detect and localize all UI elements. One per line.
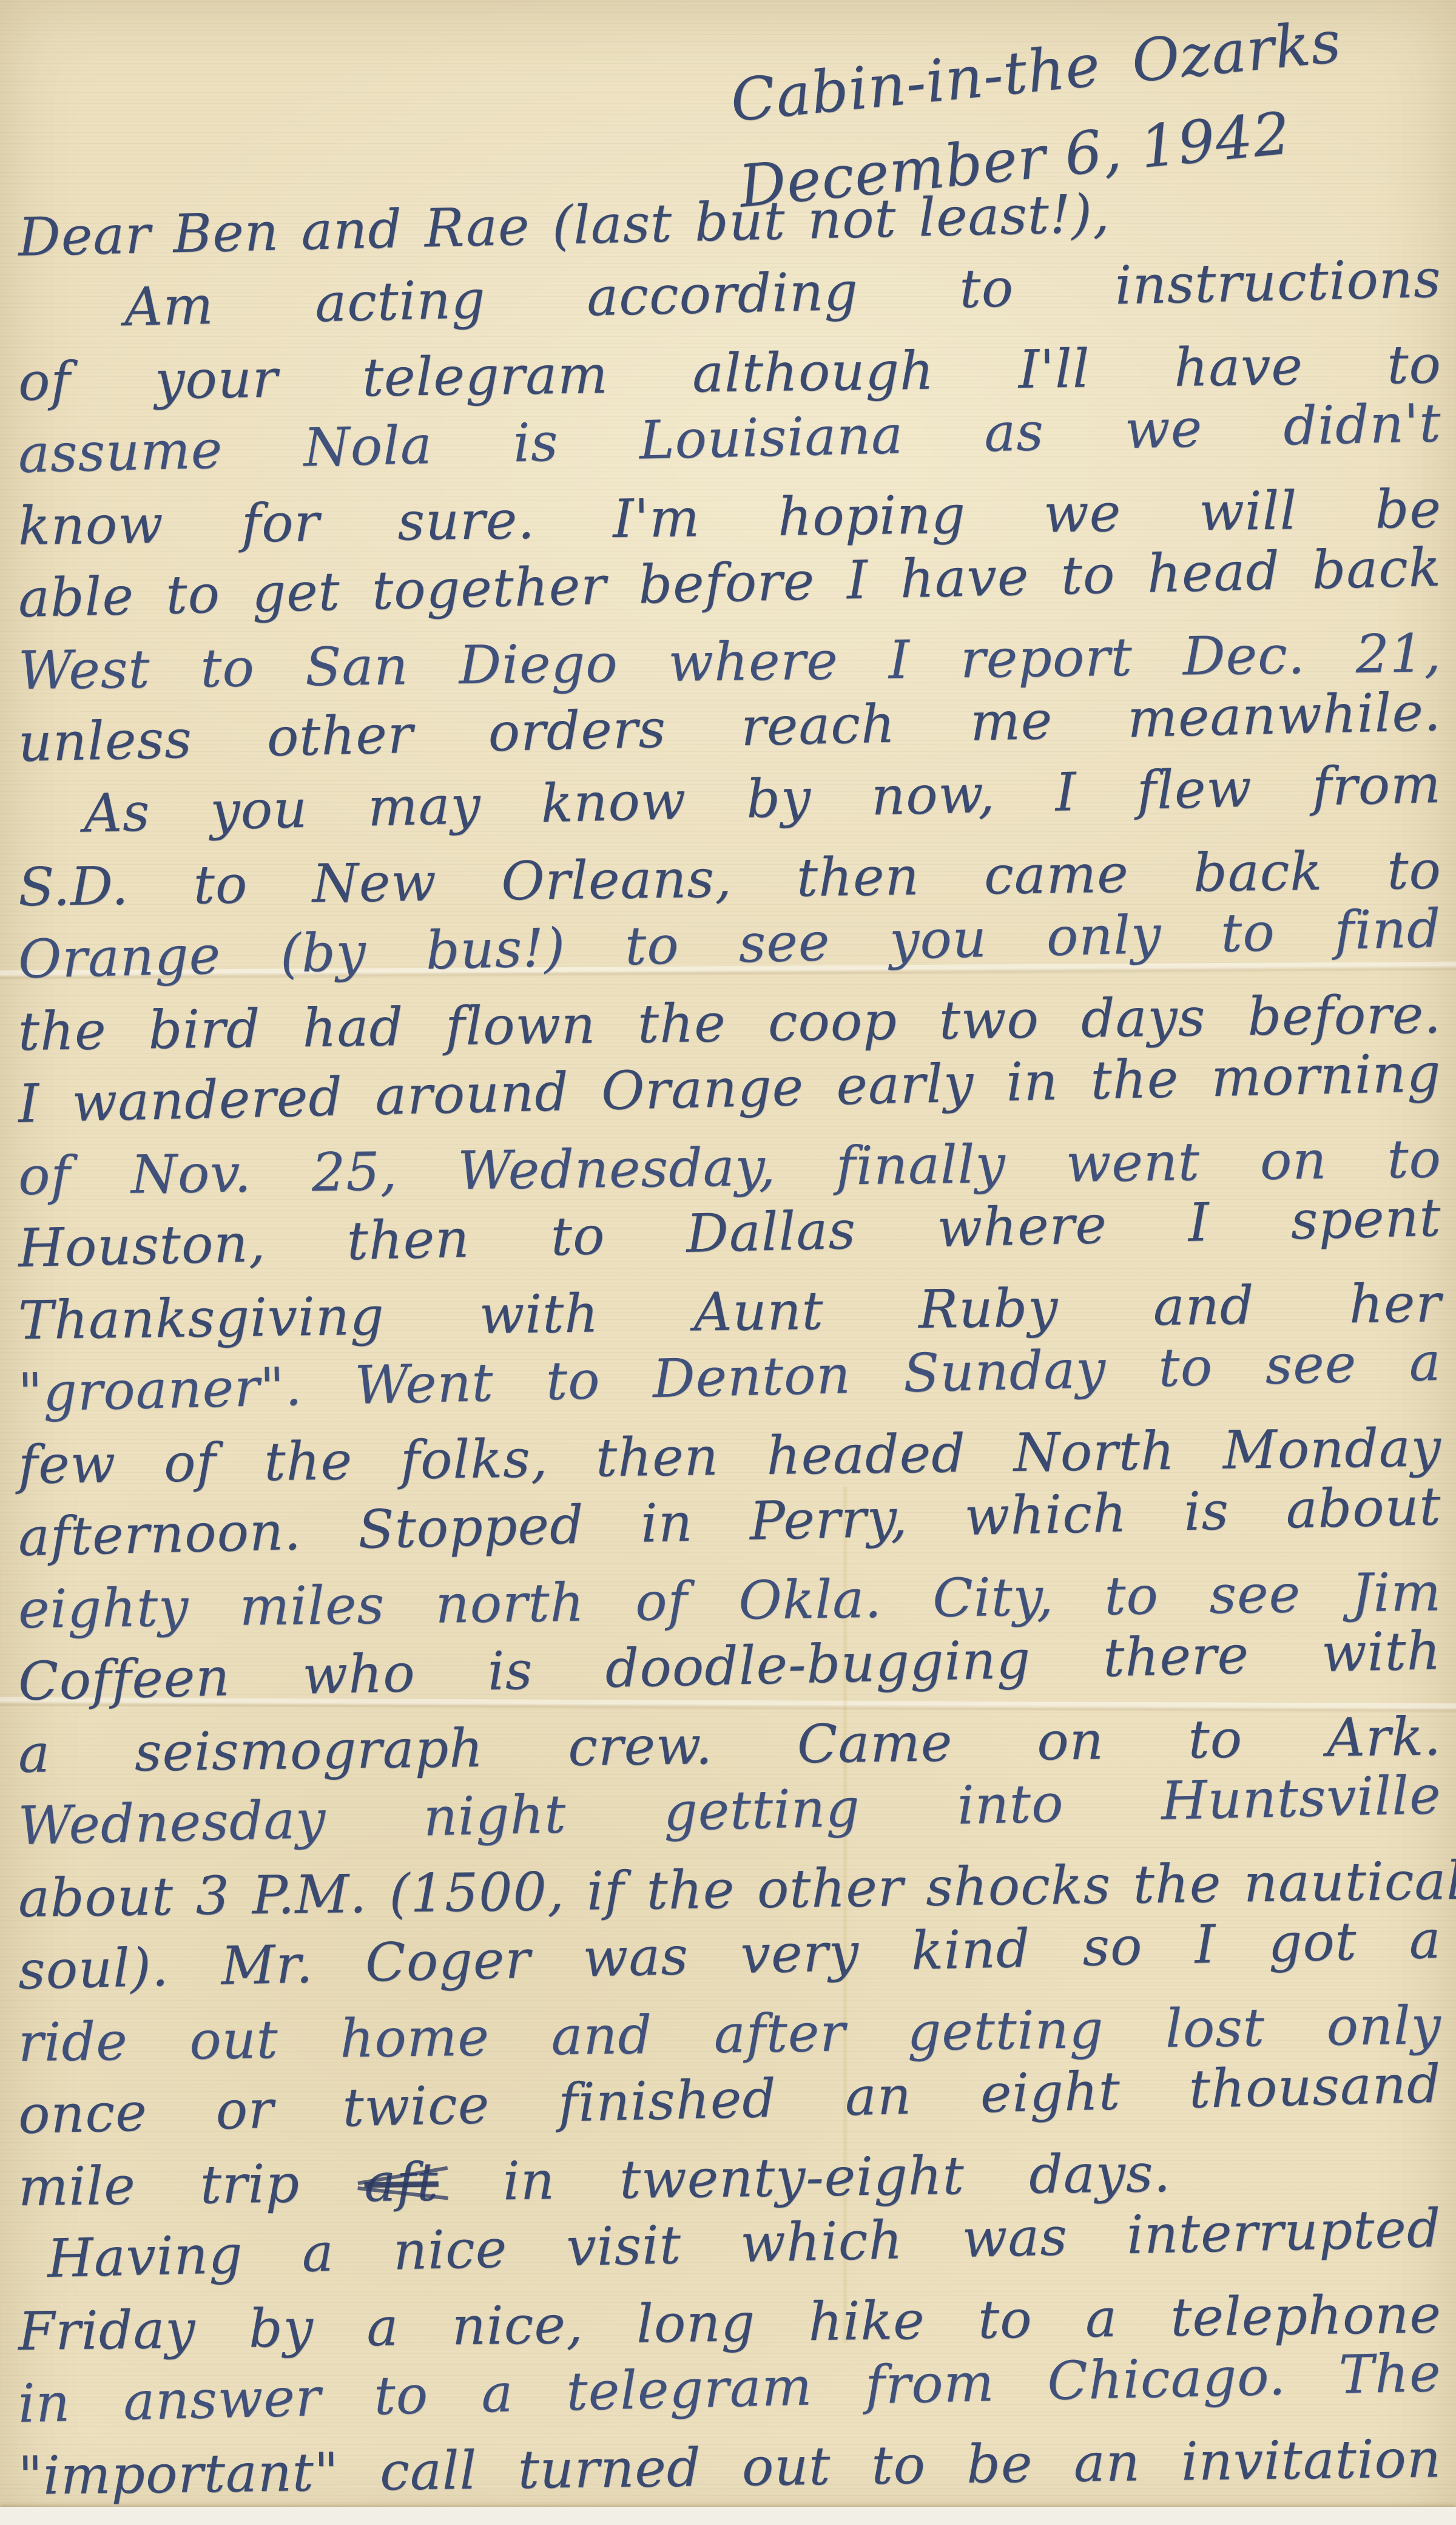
- letter-scan-page: Cabin-in-the Ozarks December 6, 1942 Dea…: [0, 0, 1456, 2525]
- scanner-edge-strip: [0, 2507, 1456, 2525]
- handwritten-line: "important" call turned out to be an inv…: [18, 2422, 1441, 2512]
- paragraph-3: Having a nice visit which was interrupte…: [18, 2223, 1441, 2512]
- paragraph-1: Am acting according to instructions of y…: [18, 274, 1441, 779]
- strike-line-pre: mile trip: [18, 2152, 300, 2218]
- letter-body: Dear Ben and Rae (last but not least!), …: [18, 201, 1441, 2512]
- paragraph-2: As you may know by now, I flew from S.D.…: [18, 779, 1441, 2223]
- scribbled-out-word: aft: [364, 2146, 439, 2219]
